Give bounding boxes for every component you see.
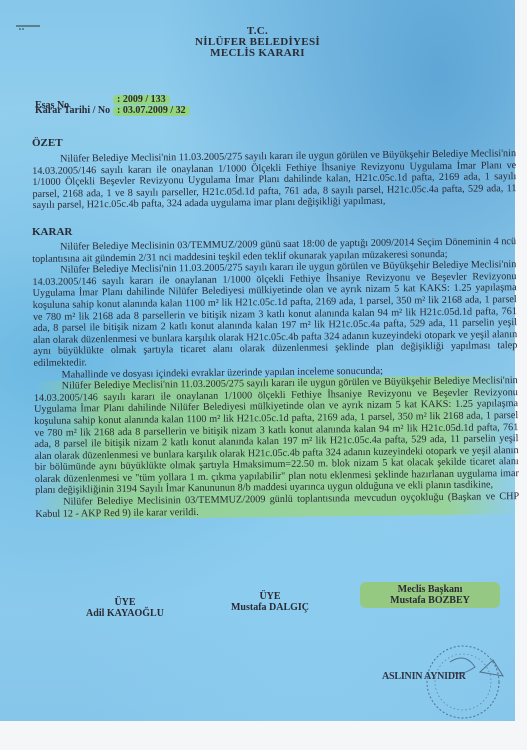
signature-name: Mustafa BOZBEY bbox=[368, 595, 492, 606]
signature-member-2: ÜYE Mustafa DALGIÇ bbox=[205, 591, 335, 613]
karar-paragraph-5: Nilüfer Belediye Meclisinin 03/TEMMUZ/20… bbox=[35, 491, 519, 520]
ozet-paragraph: Nilüfer Belediye Meclisi'nin 11.03.2005/… bbox=[32, 148, 517, 212]
karar-text-block: Nilüfer Belediye Meclisinin 03/TEMMUZ/20… bbox=[32, 236, 519, 520]
esas-no-label: Esas No bbox=[35, 95, 113, 105]
karar-label: Karar Tarihi / No bbox=[35, 106, 113, 116]
karar-paragraph-2: Nilüfer Belediye Meclisi'nin 11.03.2005/… bbox=[32, 259, 517, 369]
karar-value: : 03.07.2009 / 32 bbox=[113, 106, 190, 116]
esas-no-value: : 2009 / 133 bbox=[113, 95, 170, 105]
ozet-text-block: Nilüfer Belediye Meclisi'nin 11.03.2005/… bbox=[32, 148, 517, 212]
signature-role: ÜYE bbox=[60, 597, 190, 608]
karar-paragraph-4: Nilüfer Belediye Meclisi'nin 11.03.2005/… bbox=[34, 375, 519, 497]
ozet-title: ÖZET bbox=[32, 137, 63, 149]
signature-name: Mustafa DALGIÇ bbox=[205, 602, 335, 613]
signature-role: ÜYE bbox=[205, 591, 335, 602]
signature-member-1: ÜYE Adil KAYAOĞLU bbox=[60, 597, 190, 619]
signature-name: Adil KAYAOĞLU bbox=[60, 608, 190, 619]
document-meta: Esas No : 2009 / 133 Karar Tarihi / No :… bbox=[35, 95, 190, 116]
official-seal-icon bbox=[405, 642, 515, 722]
scanned-document-page: T.C. NİLÜFER BELEDİYESİ MECLİS KARARI Es… bbox=[0, 0, 515, 721]
karar-title: KARAR bbox=[32, 226, 72, 238]
document-header: T.C. NİLÜFER BELEDİYESİ MECLİS KARARI bbox=[0, 26, 515, 59]
signature-role: Meclis Başkanı bbox=[368, 584, 492, 595]
signature-president: Meclis Başkanı Mustafa BOZBEY bbox=[360, 582, 500, 608]
certified-copy-stamp: ASLININ AYNIDIR bbox=[382, 671, 466, 682]
header-title: MECLİS KARARI bbox=[0, 48, 515, 59]
